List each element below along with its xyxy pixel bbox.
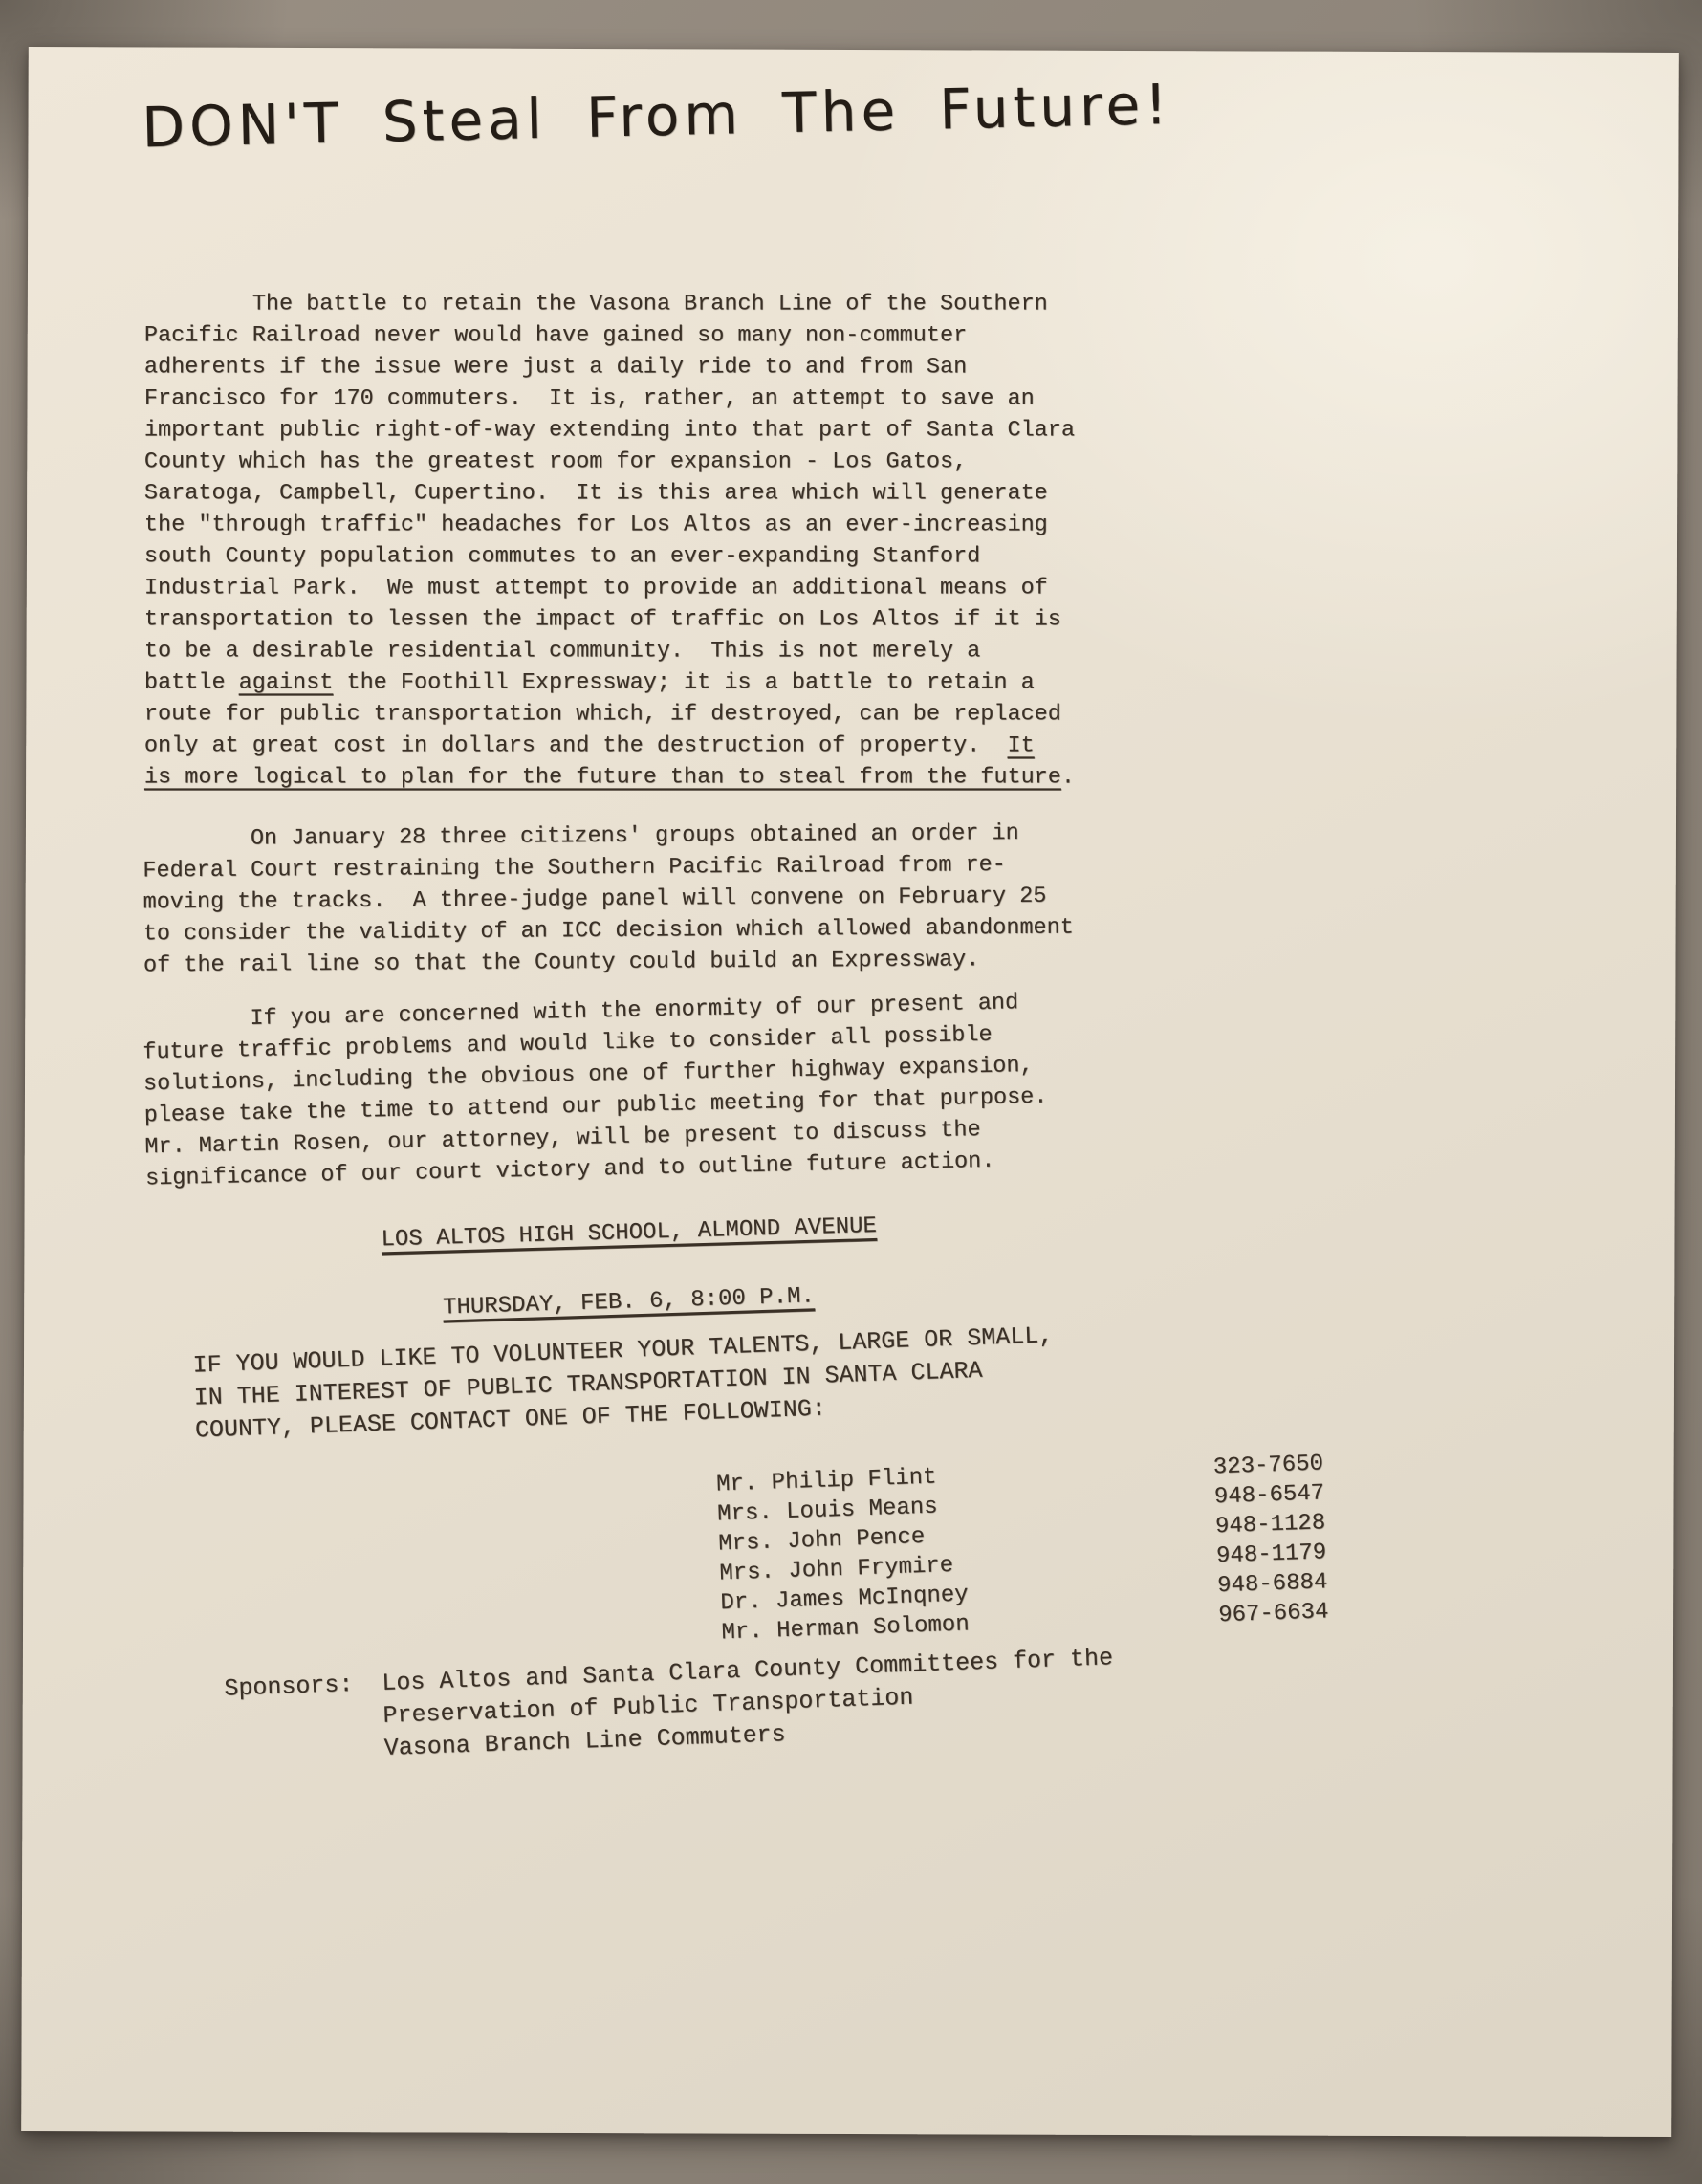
contact-phone: 323-7650 xyxy=(1212,1449,1323,1482)
meeting-venue-heading-row: LOS ALTOS HIGH SCHOOL, ALMOND AVENUE xyxy=(141,1204,1117,1262)
handwritten-title: DON'T Steal From The Future! xyxy=(142,72,1173,160)
meeting-time-heading: THURSDAY, FEB. 6, 8:00 P.M. xyxy=(443,1280,816,1323)
opening-paragraph-text-3: . xyxy=(1061,764,1075,790)
opening-paragraph: The battle to retain the Vasona Branch L… xyxy=(144,288,1120,793)
contact-phone: 948-6547 xyxy=(1213,1478,1324,1512)
opening-paragraph-text-1: The battle to retain the Vasona Branch L… xyxy=(144,291,1075,695)
contact-phone: 967-6634 xyxy=(1218,1597,1329,1630)
photo-mat: DON'T Steal From The Future! The battle … xyxy=(0,0,1702,2184)
flyer-paper: DON'T Steal From The Future! The battle … xyxy=(21,47,1679,2137)
underlined-word-against: against xyxy=(239,669,334,695)
contact-phone: 948-6884 xyxy=(1217,1567,1328,1601)
meeting-venue-heading: LOS ALTOS HIGH SCHOOL, ALMOND AVENUE xyxy=(381,1211,877,1256)
volunteer-call-text: IF YOU WOULD LIKE TO VOLUNTEER YOUR TALE… xyxy=(192,1320,1056,1447)
court-order-paragraph: On January 28 three citizens' groups obt… xyxy=(142,817,1119,981)
contact-phone: 948-1128 xyxy=(1214,1508,1325,1541)
sponsors-block: Sponsors: Los Altos and Santa Clara Coun… xyxy=(224,1642,1116,1770)
sponsors-label: Sponsors: xyxy=(224,1669,357,1771)
contact-phone: 948-1179 xyxy=(1216,1538,1327,1571)
contact-list: Mr. Philip Flint 323-7650 Mrs. Louis Mea… xyxy=(716,1449,1329,1648)
sponsors-lines: Los Altos and Santa Clara County Committ… xyxy=(382,1642,1116,1765)
meeting-invite-paragraph: If you are concerned with the enormity o… xyxy=(142,985,1121,1194)
